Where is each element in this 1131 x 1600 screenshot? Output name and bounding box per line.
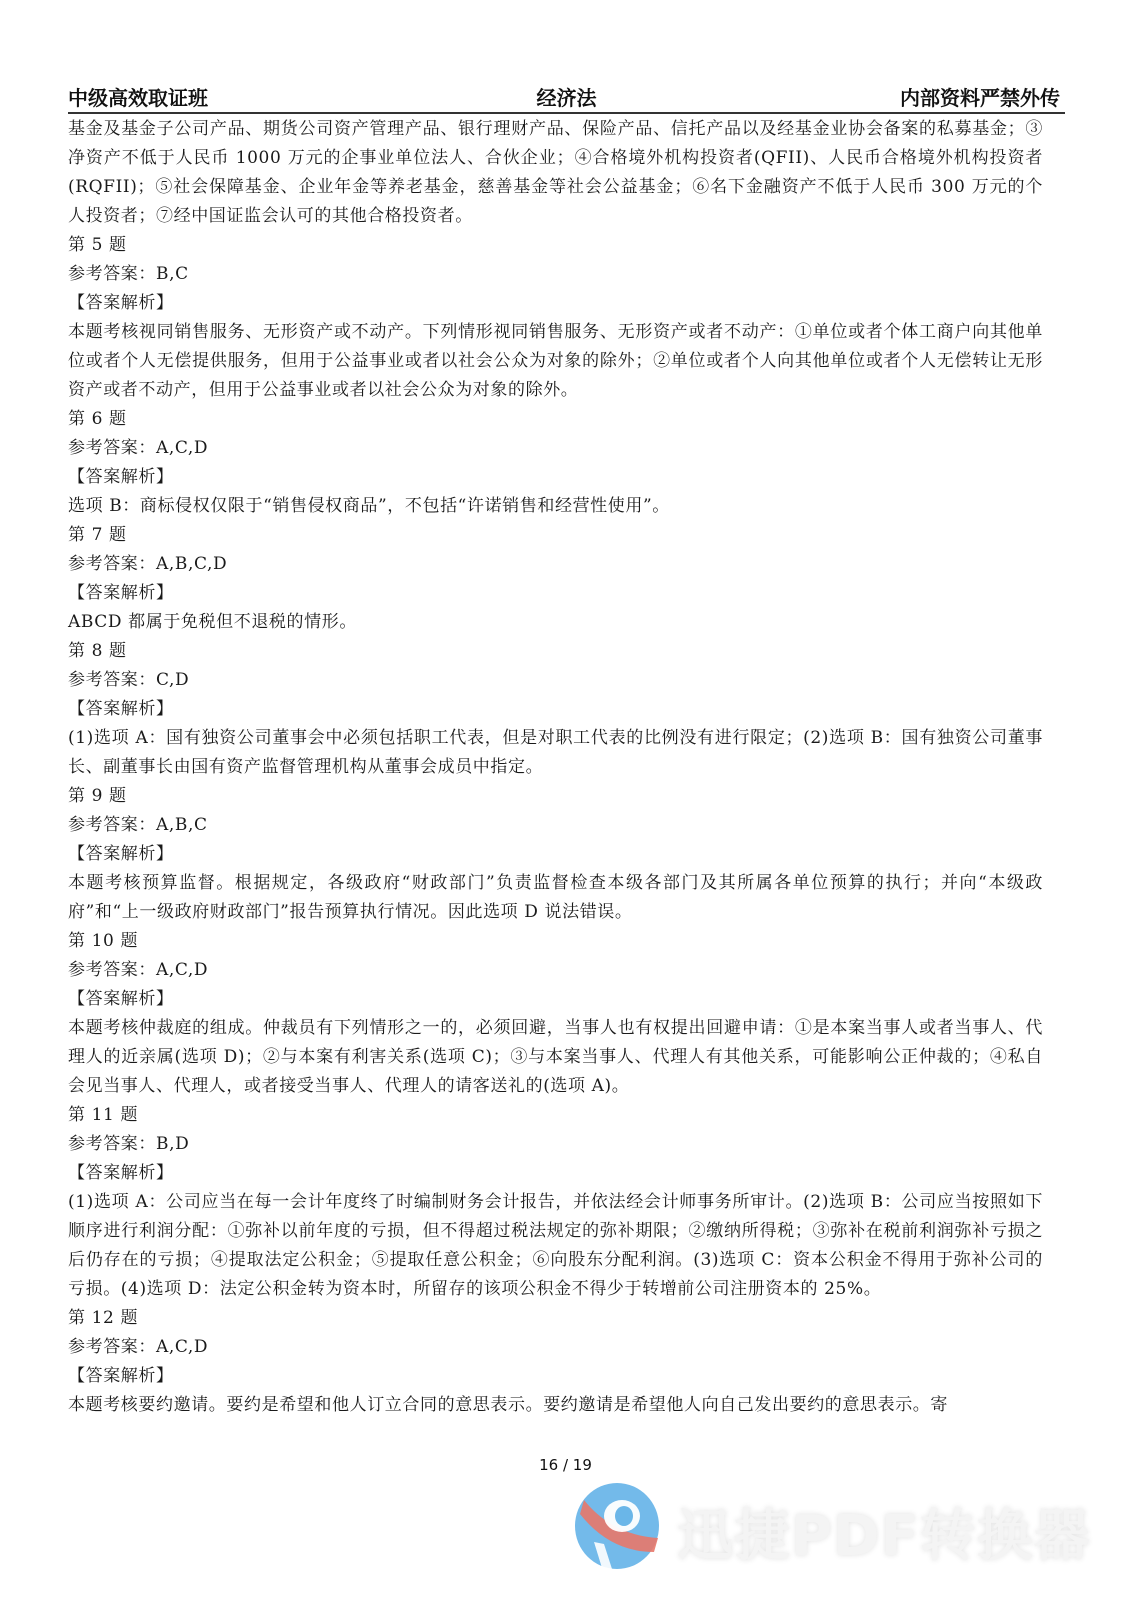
- watermark-text: 迅捷PDF转换器: [677, 1492, 1091, 1572]
- analysis-text: 本题考核视同销售服务、无形资产或不动产。下列情形视同销售服务、无形资产或者不动产…: [68, 318, 1043, 405]
- analysis-text: 本题考核要约邀请。要约是希望和他人订立合同的意思表示。要约邀请是希望他人向自己发…: [68, 1391, 1043, 1420]
- question-6: 第 6 题 参考答案：A,C,D 【答案解析】 选项 B：商标侵权仅限于“销售侵…: [68, 405, 1043, 521]
- analysis-heading: 【答案解析】: [68, 579, 1043, 608]
- question-title: 第 11 题: [68, 1101, 1043, 1130]
- analysis-text: 选项 B：商标侵权仅限于“销售侵权商品”，不包括“许诺销售和经营性使用”。: [68, 492, 1043, 521]
- question-title: 第 7 题: [68, 521, 1043, 550]
- question-title: 第 8 题: [68, 637, 1043, 666]
- analysis-heading: 【答案解析】: [68, 1159, 1043, 1188]
- page-header: 中级高效取证班 经济法 内部资料严禁外传: [68, 80, 1065, 114]
- intro-paragraph: 基金及基金子公司产品、期货公司资产管理产品、银行理财产品、保险产品、信托产品以及…: [68, 115, 1043, 231]
- analysis-heading: 【答案解析】: [68, 840, 1043, 869]
- analysis-text: ABCD 都属于免税但不退税的情形。: [68, 608, 1043, 637]
- analysis-heading: 【答案解析】: [68, 463, 1043, 492]
- reference-answer: 参考答案：A,B,C,D: [68, 550, 1043, 579]
- question-9: 第 9 题 参考答案：A,B,C 【答案解析】 本题考核预算监督。根据规定，各级…: [68, 782, 1043, 927]
- reference-answer: 参考答案：C,D: [68, 666, 1043, 695]
- reference-answer: 参考答案：B,C: [68, 260, 1043, 289]
- converter-watermark: 迅捷PDF转换器: [572, 1480, 1092, 1580]
- question-title: 第 6 题: [68, 405, 1043, 434]
- analysis-text: (1)选项 A：国有独资公司董事会中必须包括职工代表，但是对职工代表的比例没有进…: [68, 724, 1043, 782]
- analysis-heading: 【答案解析】: [68, 289, 1043, 318]
- reference-answer: 参考答案：B,D: [68, 1130, 1043, 1159]
- question-title: 第 12 题: [68, 1304, 1043, 1333]
- question-7: 第 7 题 参考答案：A,B,C,D 【答案解析】 ABCD 都属于免税但不退税…: [68, 521, 1043, 637]
- analysis-text: 本题考核预算监督。根据规定，各级政府“财政部门”负责监督检查本级各部门及其所属各…: [68, 869, 1043, 927]
- page-number: 16 / 19: [0, 1456, 1131, 1474]
- reference-answer: 参考答案：A,C,D: [68, 956, 1043, 985]
- question-title: 第 10 题: [68, 927, 1043, 956]
- question-title: 第 9 题: [68, 782, 1043, 811]
- question-5: 第 5 题 参考答案：B,C 【答案解析】 本题考核视同销售服务、无形资产或不动…: [68, 231, 1043, 405]
- question-12: 第 12 题 参考答案：A,C,D 【答案解析】 本题考核要约邀请。要约是希望和…: [68, 1304, 1043, 1420]
- question-8: 第 8 题 参考答案：C,D 【答案解析】 (1)选项 A：国有独资公司董事会中…: [68, 637, 1043, 782]
- analysis-heading: 【答案解析】: [68, 985, 1043, 1014]
- analysis-heading: 【答案解析】: [68, 1362, 1043, 1391]
- analysis-text: (1)选项 A：公司应当在每一会计年度终了时编制财务会计报告，并依法经会计师事务…: [68, 1188, 1043, 1304]
- reference-answer: 参考答案：A,B,C: [68, 811, 1043, 840]
- reference-answer: 参考答案：A,C,D: [68, 434, 1043, 463]
- analysis-text: 本题考核仲裁庭的组成。仲裁员有下列情形之一的，必须回避，当事人也有权提出回避申请…: [68, 1014, 1043, 1101]
- header-confidential-notice: 内部资料严禁外传: [900, 82, 1060, 111]
- question-title: 第 5 题: [68, 231, 1043, 260]
- question-10: 第 10 题 参考答案：A,C,D 【答案解析】 本题考核仲裁庭的组成。仲裁员有…: [68, 927, 1043, 1101]
- analysis-heading: 【答案解析】: [68, 695, 1043, 724]
- document-body: 基金及基金子公司产品、期货公司资产管理产品、银行理财产品、保险产品、信托产品以及…: [68, 115, 1043, 1420]
- question-11: 第 11 题 参考答案：B,D 【答案解析】 (1)选项 A：公司应当在每一会计…: [68, 1101, 1043, 1304]
- converter-logo-icon: [572, 1480, 662, 1570]
- reference-answer: 参考答案：A,C,D: [68, 1333, 1043, 1362]
